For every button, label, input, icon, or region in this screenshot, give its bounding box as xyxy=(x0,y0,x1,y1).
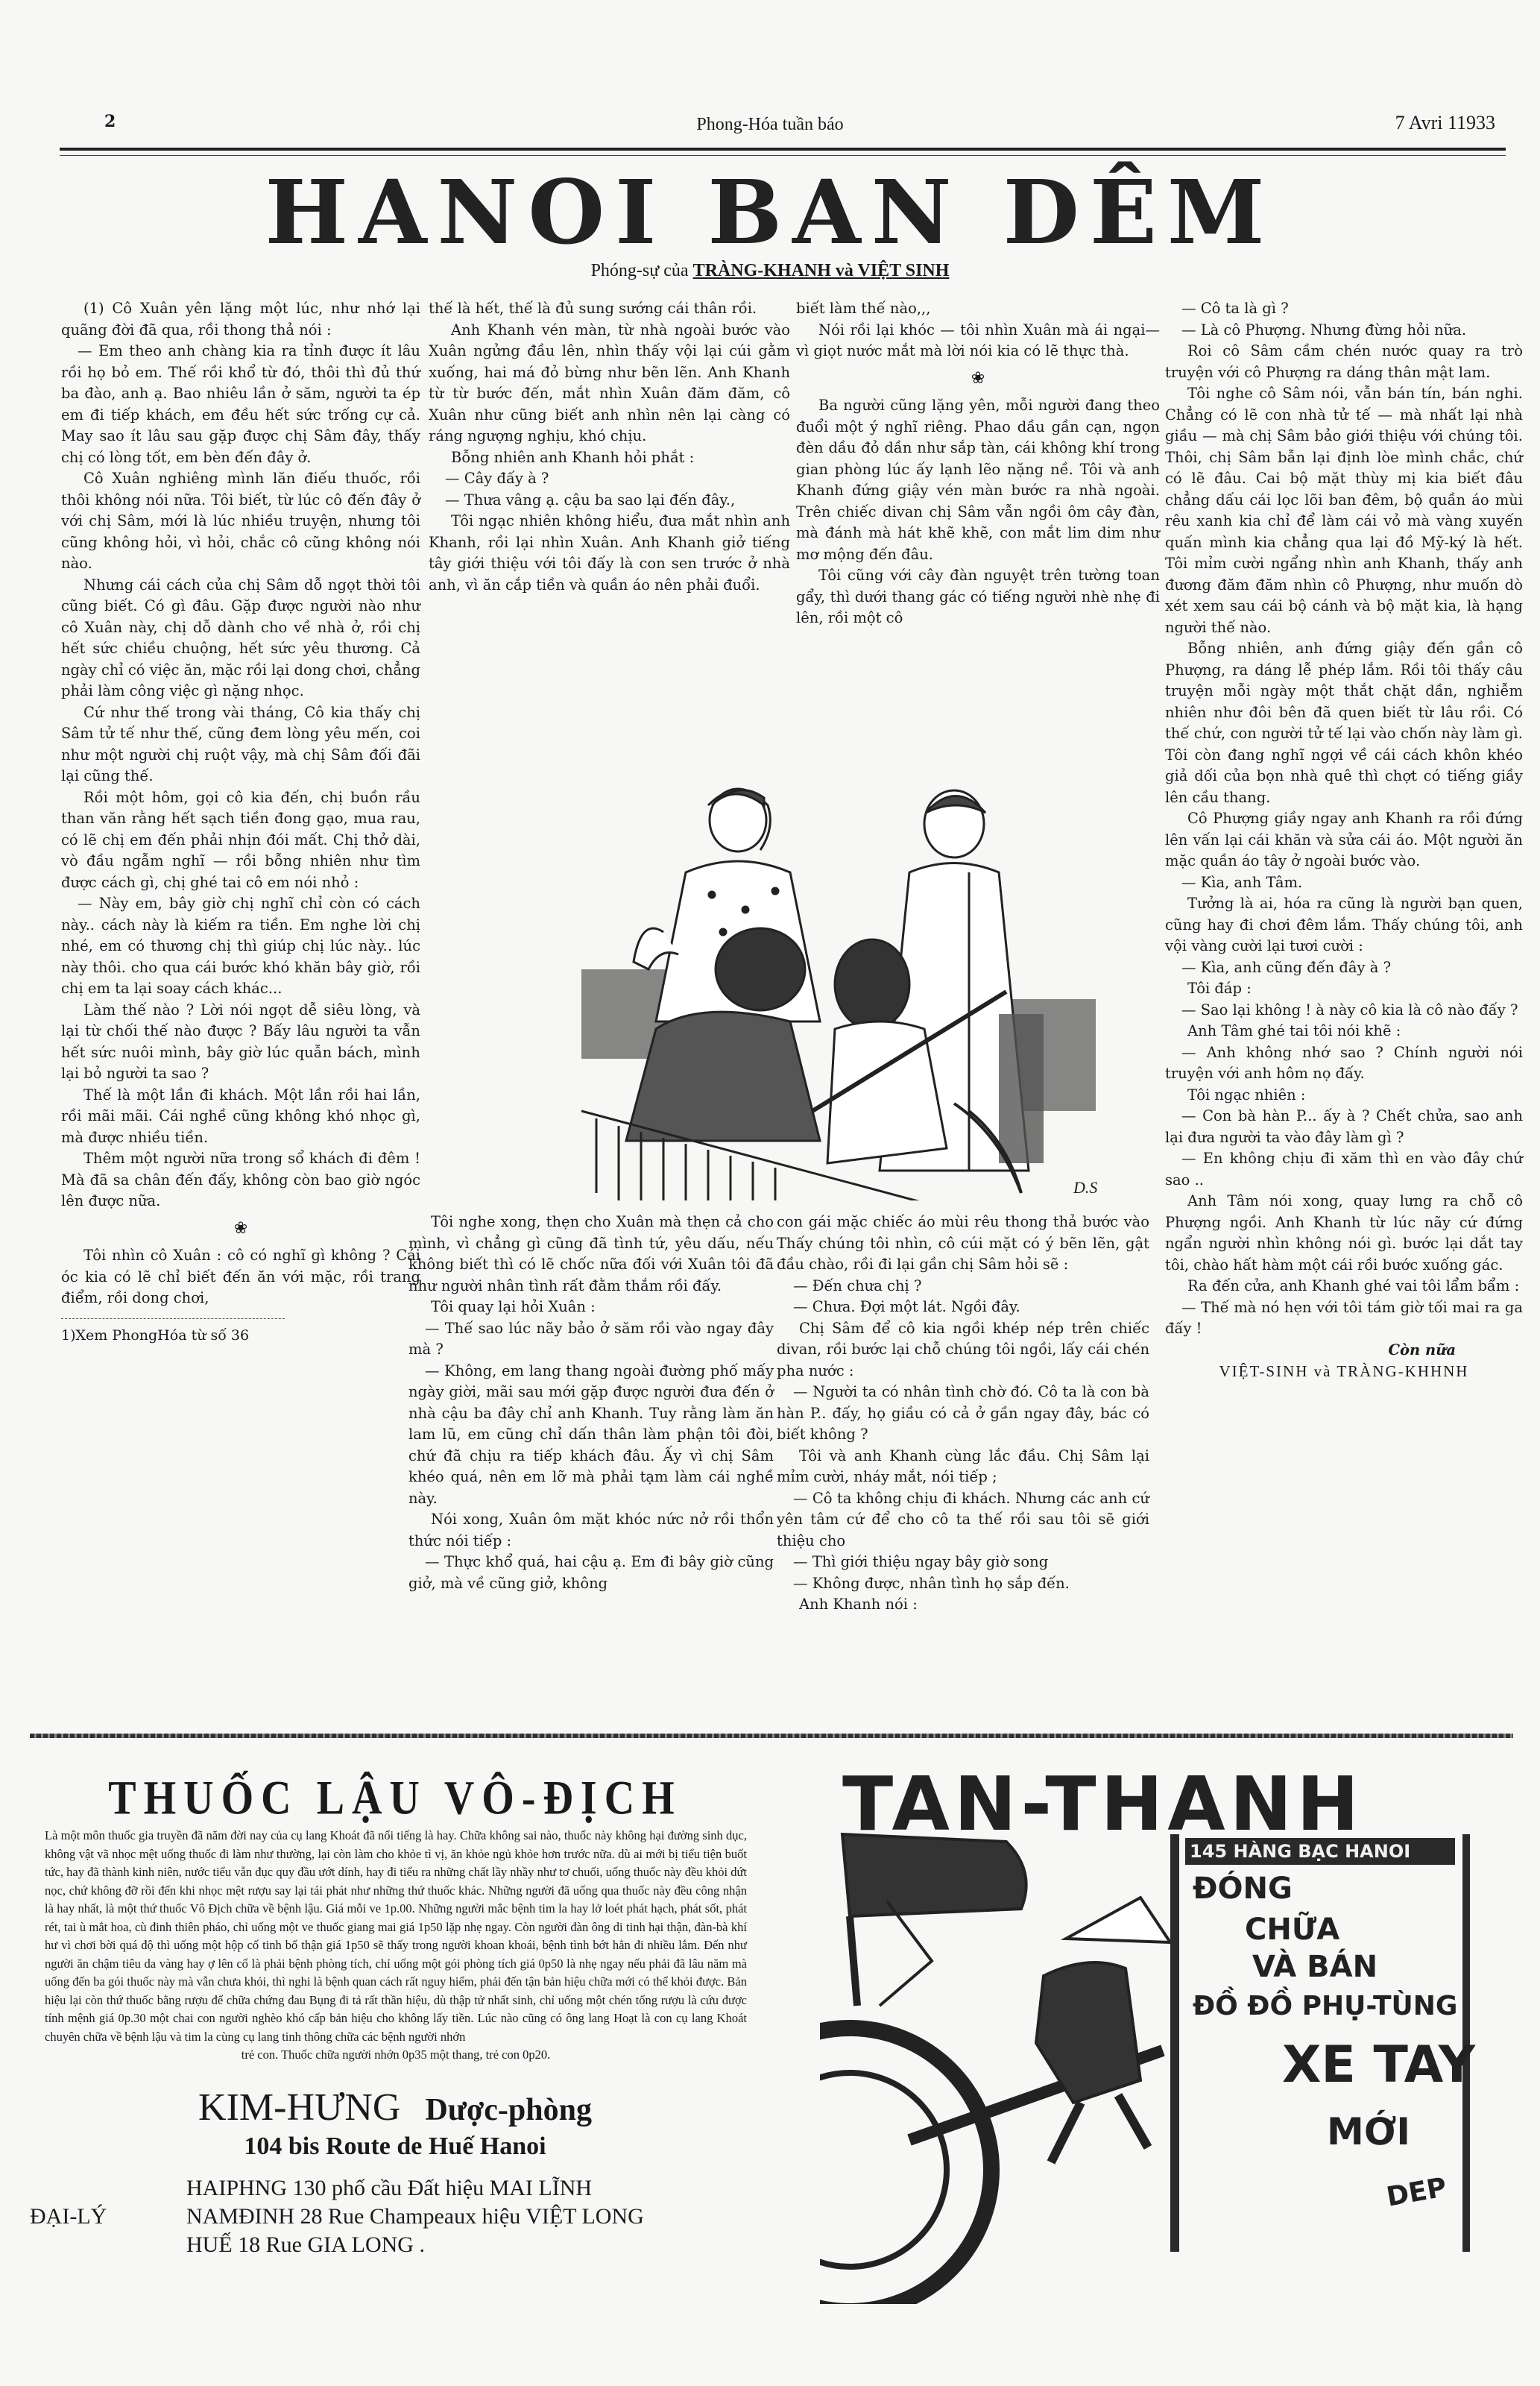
shop-address: 104 bis Route de Huế Hanoi xyxy=(30,2132,760,2161)
paragraph: — Anh không nhớ sao ? Chính người nói tr… xyxy=(1165,1042,1523,1085)
section-divider xyxy=(30,1734,1513,1738)
paragraph: Cô Xuân nghiêng mình lăn điếu thuốc, rồi… xyxy=(61,468,420,575)
paragraph: Ba người cũng lặng yên, mỗi người đang t… xyxy=(796,395,1160,565)
paragraph: — Kìa, anh cũng đến đây à ? xyxy=(1165,957,1523,979)
advertisement-tan-thanh: TAN-THANH 145 HÀNG BẠC HANOI ĐÓNG CHỮA V… xyxy=(820,1752,1476,2304)
section-ornament-icon: ❀ xyxy=(61,1218,420,1240)
article-column-3-top: biết làm thế nào,,, Nói rồi lại khóc — t… xyxy=(796,298,1160,629)
paragraph: — En không chịu đi xăm thì en vào đây ch… xyxy=(1165,1148,1523,1191)
paragraph: Ra đến cửa, anh Khanh ghé vai tôi lẩm bẩ… xyxy=(1165,1276,1523,1297)
ad-body-text: Là một môn thuốc gia truyền đã năm đời n… xyxy=(45,1827,747,2046)
ad-body: Là một môn thuốc gia truyền đã năm đời n… xyxy=(30,1822,760,2065)
paragraph: — Thế sao lúc nãy bảo ở săm rồi vào ngay… xyxy=(408,1318,774,1361)
ad-line: MỚI xyxy=(1327,2110,1410,2153)
paragraph: Thế là một lần đi khách. Một lần rồi hai… xyxy=(61,1085,420,1149)
paragraph: — Thưa vâng ạ. cậu ba sao lại đến đây., xyxy=(429,490,790,511)
paragraph: — Cây đấy à ? xyxy=(429,468,790,490)
paragraph: Roi cô Sâm cầm chén nước quay ra trò tru… xyxy=(1165,341,1523,383)
paragraph: Tôi nghe cô Sâm nói, vẫn bán tín, bán ng… xyxy=(1165,383,1523,638)
paragraph: Làm thế nào ? Lời nói ngọt dễ siêu lòng,… xyxy=(61,1000,420,1085)
paper-name: Phong-Hóa tuần báo xyxy=(0,115,1540,135)
paragraph: — Không, em lang thang ngoài đường phố m… xyxy=(408,1361,774,1510)
illustration-drawing-icon: D.S xyxy=(552,761,1118,1200)
paragraph: — Thì giới thiệu ngay bây giờ song xyxy=(777,1552,1149,1573)
paragraph: Anh Khanh nói : xyxy=(777,1594,1149,1616)
article-column-2-top: thế là hết, thế là đủ sung sướng cái thâ… xyxy=(429,298,790,596)
paragraph: — Thực khổ quá, hai cậu ạ. Em đi bây giờ… xyxy=(408,1552,774,1594)
paragraph: Nói rồi lại khóc — tôi nhìn Xuân mà ái n… xyxy=(796,320,1160,362)
advertisement-thuoc-lau: THUỐC LẬU VÔ-ĐỊCH Là một môn thuốc gia t… xyxy=(30,1760,760,2371)
shop-name-text: KIM-HƯNG xyxy=(198,2086,400,2129)
issue-date: 7 Avri 11933 xyxy=(1395,112,1495,134)
paragraph: (1) Cô Xuân yên lặng một lúc, như nhớ lạ… xyxy=(61,298,420,341)
paragraph: Rồi một hôm, gọi cô kia đến, chị buồn rầ… xyxy=(61,787,420,894)
paragraph: — Không được, nhân tình họ sắp đến. xyxy=(777,1573,1149,1595)
ad-line: ĐỒ ĐỒ PHỤ-TÙNG xyxy=(1193,1991,1457,2021)
paragraph: Cô Phượng giầy ngay anh Khanh ra rồi đứn… xyxy=(1165,808,1523,872)
ad-line: CHỮA xyxy=(1245,1913,1339,1947)
paragraph: — Này em, bây giờ chị nghĩ chỉ còn có cá… xyxy=(61,893,420,1000)
article-column-2-bottom: Tôi nghe xong, thẹn cho Xuân mà thẹn cả … xyxy=(408,1212,774,1594)
paragraph: Anh Khanh vén màn, từ nhà ngoài bước vào… xyxy=(429,320,790,447)
brand-name: TAN-THANH xyxy=(842,1767,1439,1842)
agents-label: ĐẠI-LÝ xyxy=(30,2203,107,2231)
paragraph: — Con bà hàn P... ấy à ? Chết chửa, sao … xyxy=(1165,1106,1523,1148)
ad-line: ĐÓNG xyxy=(1193,1872,1293,1906)
paragraph: con gái mặc chiếc áo mùi rêu thong thả b… xyxy=(777,1212,1149,1276)
ad-body-last-line: trẻ con. Thuốc chữa người nhớn 0p35 một … xyxy=(45,2046,747,2065)
ad-title: THUỐC LẬU VÔ-ĐỊCH xyxy=(30,1771,760,1826)
paragraph: — Đến chưa chị ? xyxy=(777,1276,1149,1297)
paragraph: Tôi quay lại hỏi Xuân : xyxy=(408,1297,774,1318)
section-ornament-icon: ❀ xyxy=(796,368,1160,390)
paragraph: Tôi và anh Khanh cùng lắc đầu. Chị Sâm l… xyxy=(777,1446,1149,1488)
paragraph: Nhưng cái cách của chị Sâm dỗ ngọt thời … xyxy=(61,575,420,702)
masthead: 2 Phong-Hóa tuần báo 7 Avri 11933 xyxy=(0,112,1540,142)
agents-block: ĐẠI-LÝ HAIPHNG 130 phố cầu Đất hiệu MAI … xyxy=(30,2174,760,2259)
paragraph: Bỗng nhiên, anh đứng giậy đến gần cô Phư… xyxy=(1165,638,1523,808)
paragraph: Chị Sâm để cô kia ngồi khép nép trên chi… xyxy=(777,1318,1149,1382)
paragraph: Anh Tâm nói xong, quay lưng ra chỗ cô Ph… xyxy=(1165,1191,1523,1276)
article-illustration: D.S xyxy=(552,761,1118,1200)
paragraph: Cứ như thế trong vài tháng, Cô kia thấy … xyxy=(61,702,420,787)
article-column-4: — Cô ta là gì ? — Là cô Phượng. Nhưng đừ… xyxy=(1165,298,1523,1382)
paragraph: — Người ta có nhân tình chờ đó. Cô ta là… xyxy=(777,1382,1149,1446)
illustration-signature: D.S xyxy=(1073,1178,1097,1197)
byline: Phóng-sự của TRÀNG-KHANH và VIỆT SINH xyxy=(0,261,1540,281)
paragraph: Tôi ngạc nhiên không hiểu, đưa mắt nhìn … xyxy=(429,511,790,596)
ad-line: XE TAY xyxy=(1282,2036,1475,2094)
article-column-1: (1) Cô Xuân yên lặng một lúc, như nhớ lạ… xyxy=(61,298,420,1346)
paragraph: Tôi cũng với cây đàn nguyệt trên tường t… xyxy=(796,565,1160,629)
agent-item: HAIPHNG 130 phố cầu Đất hiệu MAI LĨNH xyxy=(186,2174,760,2203)
paragraph: Nói xong, Xuân ôm mặt khóc nức nở rồi th… xyxy=(408,1509,774,1552)
shop-name: KIM-HƯNG Dược-phòng xyxy=(30,2086,760,2130)
paragraph: thế là hết, thế là đủ sung sướng cái thâ… xyxy=(429,298,790,320)
paragraph: Tưởng là ai, hóa ra cũng là người bạn qu… xyxy=(1165,893,1523,957)
paragraph: Tôi nghe xong, thẹn cho Xuân mà thẹn cả … xyxy=(408,1212,774,1297)
paragraph: — Cô ta không chịu đi khách. Nhưng các a… xyxy=(777,1488,1149,1552)
paragraph: — Sao lại không ! à này cô kia là cô nào… xyxy=(1165,1000,1523,1022)
article-column-3-bottom: con gái mặc chiếc áo mùi rêu thong thả b… xyxy=(777,1212,1149,1616)
paragraph: biết làm thế nào,,, xyxy=(796,298,1160,320)
paragraph: — Em theo anh chàng kia ra tỉnh được ít … xyxy=(61,341,420,468)
byline-prefix: Phóng-sự của xyxy=(591,261,689,280)
article-signature: VIỆT-SINH và TRÀNG-KHHNH xyxy=(1165,1361,1523,1382)
paragraph: Thêm một người nữa trong sổ khách đi đêm… xyxy=(61,1148,420,1212)
agent-item: NAMĐINH 28 Rue Champeaux hiệu VIỆT LONG xyxy=(186,2203,760,2231)
paragraph: Bỗng nhiên anh Khanh hỏi phắt : xyxy=(429,447,790,469)
article-headline: HANOI BAN DÊM xyxy=(0,160,1540,264)
paragraph: Tôi đáp : xyxy=(1165,978,1523,1000)
byline-authors: TRÀNG-KHANH và VIỆT SINH xyxy=(693,261,950,280)
paragraph: Tôi ngạc nhiên : xyxy=(1165,1085,1523,1107)
continued-note: Còn nữa xyxy=(1165,1340,1523,1362)
ad-line: VÀ BÁN xyxy=(1252,1950,1378,1984)
paragraph: Anh Tâm ghé tai tôi nói khẽ : xyxy=(1165,1021,1523,1042)
shop-type: Dược-phòng xyxy=(425,2093,592,2127)
footnote: 1)Xem PhongHóa từ số 36 xyxy=(61,1318,285,1347)
paragraph: — Chưa. Đợi một lát. Ngồi đây. xyxy=(777,1297,1149,1318)
paragraph: Tôi nhìn cô Xuân : cô có nghĩ gì không ?… xyxy=(61,1245,420,1309)
agent-item: HUẾ 18 Rue GIA LONG . xyxy=(186,2231,760,2259)
paragraph: — Thế mà nó hẹn với tôi tám giờ tối mai … xyxy=(1165,1297,1523,1340)
paragraph: — Là cô Phượng. Nhưng đừng hỏi nữa. xyxy=(1165,320,1523,341)
masthead-rule xyxy=(60,148,1506,156)
shop-address: 145 HÀNG BẠC HANOI xyxy=(1185,1838,1455,1865)
paragraph: — Cô ta là gì ? xyxy=(1165,298,1523,320)
paragraph: — Kìa, anh Tâm. xyxy=(1165,872,1523,894)
